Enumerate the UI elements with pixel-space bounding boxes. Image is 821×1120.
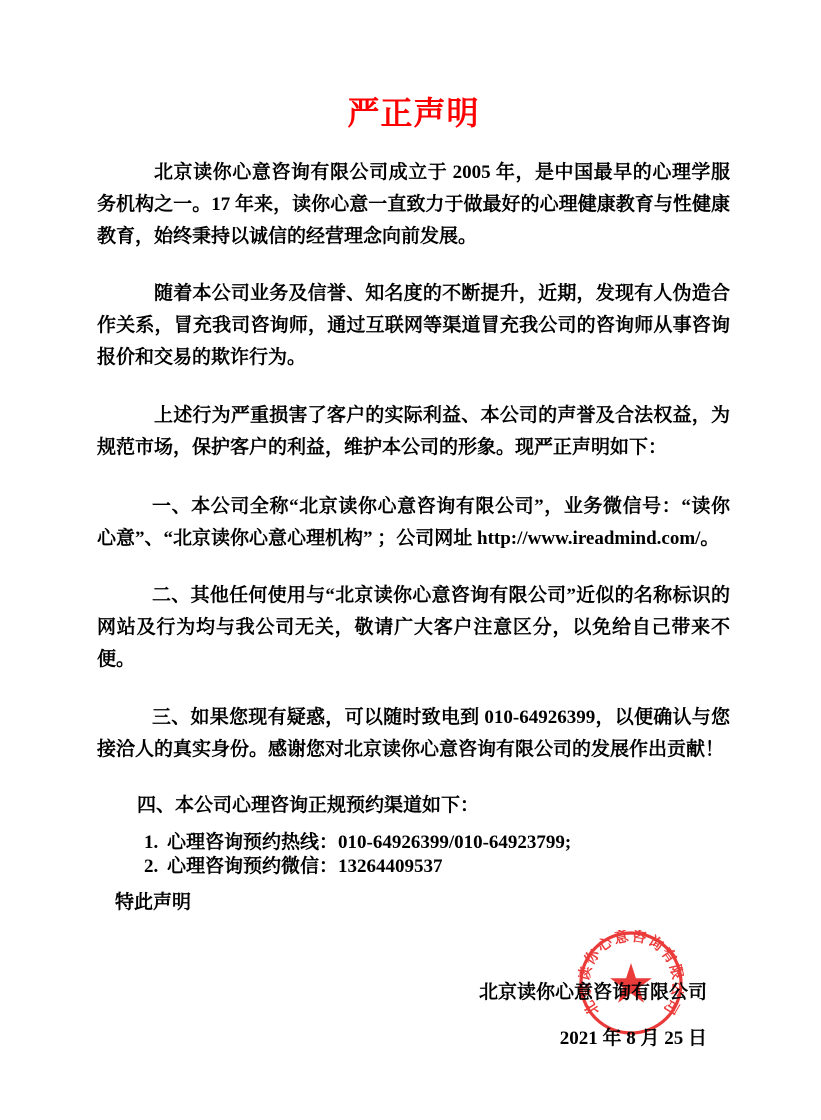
closing-statement: 特此声明 [97, 887, 730, 919]
document-content: 严正声明 北京读你心意咨询有限公司成立于 2005 年，是中国最早的心理学服务机… [0, 93, 821, 1055]
statement-item-4: 四、本公司心理咨询正规预约渠道如下： [97, 790, 730, 822]
channel-text: 心理咨询预约热线：010-64926399/010-64923799; [167, 832, 571, 853]
document-page: 严正声明 北京读你心意咨询有限公司成立于 2005 年，是中国最早的心理学服务机… [0, 0, 821, 1120]
channel-list-item: 1.心理咨询预约热线：010-64926399/010-64923799; [97, 831, 730, 855]
channel-number: 2. [144, 855, 167, 879]
statement-item-3: 三、如果您现有疑惑，可以随时致电到 010-64926399，以便确认与您接洽人… [97, 702, 730, 766]
signature-date: 2021 年 8 月 25 日 [97, 1023, 707, 1055]
channel-text: 心理咨询预约微信：13264409537 [167, 856, 443, 877]
statement-title: 严正声明 [97, 93, 730, 133]
paragraph-harm-statement: 上述行为严重损害了客户的实际利益、本公司的声誉及合法权益，为规范市场，保护客户的… [97, 400, 730, 464]
statement-item-2: 二、其他任何使用与“北京读你心意咨询有限公司”近似的名称标识的网站及行为均与我公… [97, 580, 730, 676]
paragraph-intro: 北京读你心意咨询有限公司成立于 2005 年，是中国最早的心理学服务机构之一。1… [97, 157, 730, 253]
channel-list-item: 2.心理咨询预约微信：13264409537 [97, 855, 730, 879]
channel-list: 1.心理咨询预约热线：010-64926399/010-64923799; 2.… [97, 831, 730, 879]
statement-item-1: 一、本公司全称“北京读你心意咨询有限公司”，业务微信号：“读你心意”、“北京读你… [97, 491, 730, 555]
signature-company: 北京读你心意咨询有限公司 [97, 977, 707, 1009]
paragraph-fraud-notice: 随着本公司业务及信誉、知名度的不断提升，近期，发现有人伪造合作关系，冒充我司咨询… [97, 278, 730, 374]
signature-block: 北京读你心意咨询有限公司 2021 年 8 月 25 日 [97, 977, 730, 1055]
channel-number: 1. [144, 831, 167, 855]
